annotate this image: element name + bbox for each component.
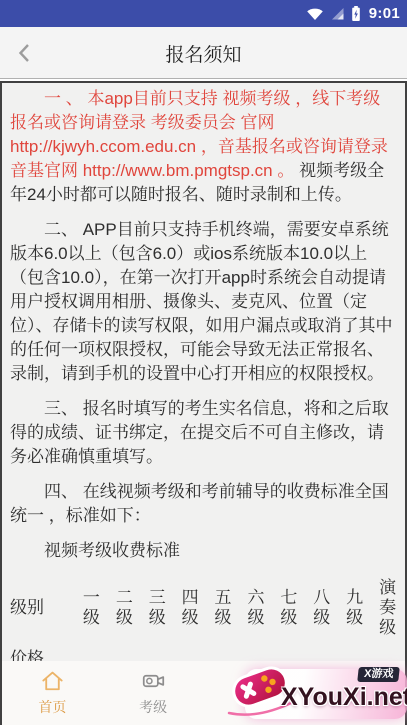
watermark: X游戏 XYouXi.net (229, 661, 407, 719)
home-icon (39, 668, 66, 694)
fee-table-level-row: 级别 一级 二级 三级 四级 五级 六级 七级 八级 九级 演奏级 (10, 571, 397, 645)
level-cell: 五级 (200, 588, 233, 628)
notice-content[interactable]: 一 、 本app目前只支持 视频考级 ，线下考级报名或咨询请登录 考级委员会 官… (0, 81, 407, 725)
fee-table-title: 视频考级收费标准 (10, 539, 397, 563)
level-cell: 八级 (298, 588, 331, 628)
level-row-label: 级别 (10, 596, 68, 620)
phone-screen: 9:01 报名须知 一 、 本app目前只支持 视频考级 ，线下考级报名或咨询请… (0, 0, 407, 725)
tab-exam[interactable]: 考级 (103, 661, 204, 725)
tab-exam-label: 考级 (139, 697, 167, 717)
notice-paragraph-2: 二、 APP目前只支持手机终端，需要安卓系统版本6.0以上（包含6.0）或ios… (10, 218, 397, 386)
notice-paragraph-1: 一 、 本app目前只支持 视频考级 ，线下考级报名或咨询请登录 考级委员会 官… (10, 87, 397, 207)
level-cell: 六级 (233, 588, 266, 628)
status-bar: 9:01 (0, 0, 407, 27)
notice-paragraph-4: 四、 在线视频考级和考前辅导的收费标准全国统一 ，标准如下： (10, 480, 397, 528)
level-cell: 演奏级 (364, 578, 397, 638)
level-cell: 九级 (331, 588, 364, 628)
level-cell: 七级 (265, 588, 298, 628)
level-cell: 三级 (134, 588, 167, 628)
level-cell: 四级 (167, 588, 200, 628)
video-camera-icon (140, 668, 167, 694)
notice-paragraph-3: 三、 报名时填写的考生实名信息，将和之后取得的成绩、证书绑定，在提交后不可自主修… (10, 397, 397, 469)
tab-home-label: 首页 (38, 697, 66, 717)
clock: 9:01 (369, 5, 400, 22)
battery-charging-icon (351, 5, 361, 22)
level-cell: 一级 (68, 588, 101, 628)
app-header: 报名须知 (0, 27, 407, 79)
level-cell: 二级 (101, 588, 134, 628)
no-sim-icon (330, 6, 345, 21)
watermark-site: XYouXi.net (281, 683, 407, 712)
tab-home[interactable]: 首页 (2, 661, 103, 725)
wifi-icon (306, 6, 324, 21)
watermark-badge: X游戏 (357, 667, 400, 682)
page-title: 报名须知 (0, 27, 407, 79)
